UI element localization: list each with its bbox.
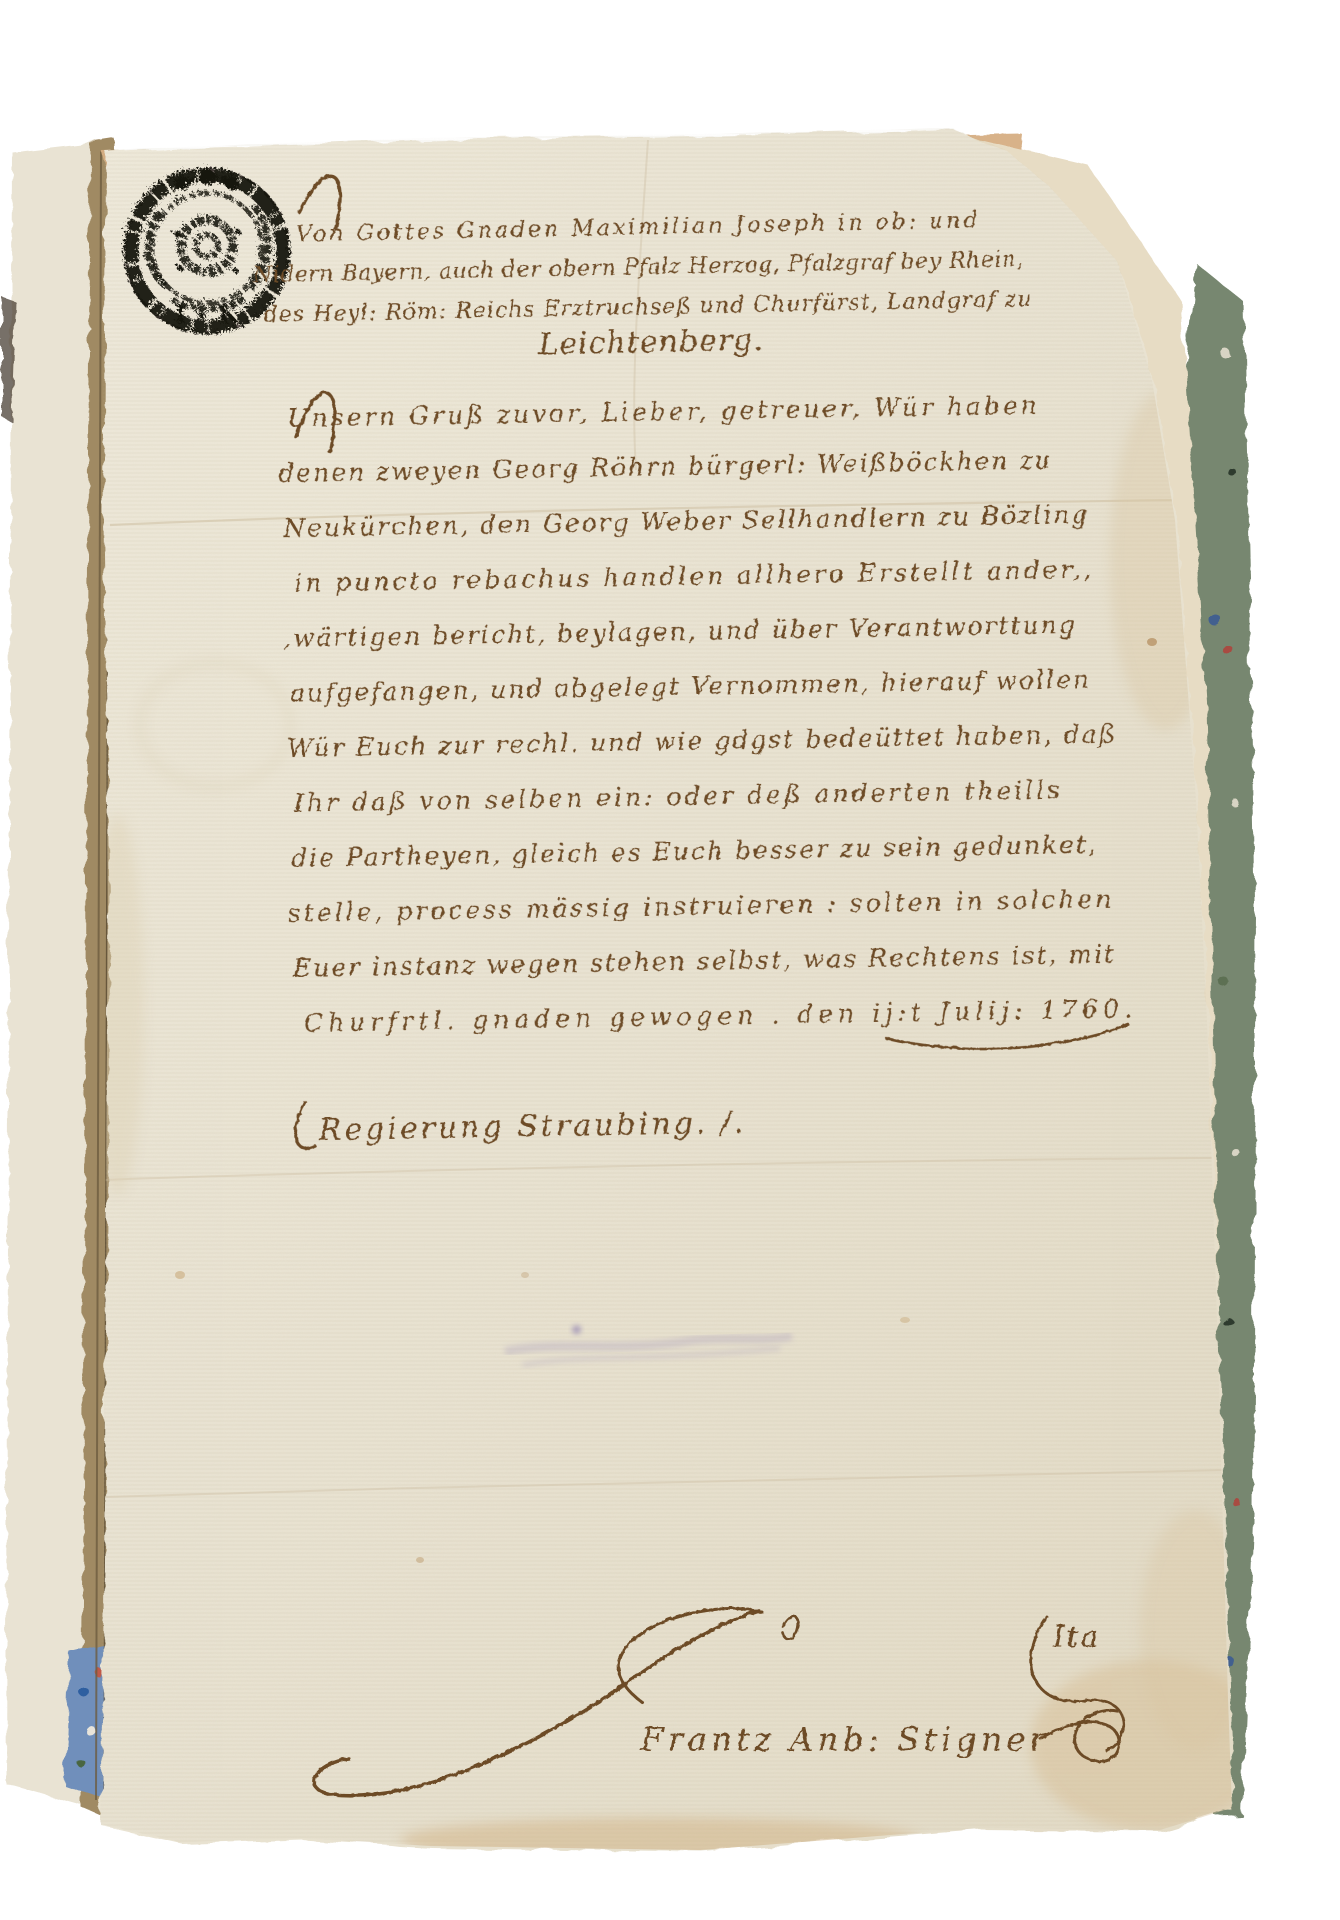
marble-speck — [1209, 614, 1221, 626]
seal-dot — [172, 229, 178, 235]
marble-speck — [1217, 345, 1227, 355]
marble-speck — [1217, 975, 1227, 985]
fox-spot — [1147, 638, 1157, 646]
seal-crown-dot — [223, 174, 237, 188]
marble-speck — [1221, 1315, 1231, 1325]
signature-name: Frantz Anb: Stigner — [639, 1719, 1049, 1758]
subscription-line: Regierung Straubing. /. — [317, 1105, 746, 1147]
fox-spot — [521, 1272, 529, 1278]
paper-grain — [90, 120, 1240, 1860]
fox-spot — [900, 1317, 910, 1323]
seal-dot — [175, 263, 181, 269]
seal-dot — [233, 227, 239, 233]
seal-letters: I ⋆ K — [173, 298, 238, 327]
marble-speck — [1230, 1496, 1238, 1504]
marble-speck — [76, 1758, 84, 1766]
seal-dot — [230, 265, 236, 271]
manuscript-canvas: I ⋆ K Von Gottes Gnaden Maximilian Josep… — [0, 0, 1340, 1920]
marble-speck — [1228, 796, 1236, 804]
marble-speck — [1221, 643, 1231, 653]
marble-speck — [85, 1725, 95, 1735]
manuscript-photo: I ⋆ K Von Gottes Gnaden Maximilian Josep… — [0, 0, 1340, 1920]
marble-speck — [1229, 1146, 1237, 1154]
header-line-place: Leichtenberg. — [536, 322, 763, 362]
fox-spot — [175, 1271, 185, 1279]
marble-speck — [77, 1685, 87, 1695]
marble-speck — [1226, 466, 1234, 474]
fox-spot — [416, 1557, 424, 1563]
marble-speck — [94, 1668, 102, 1676]
paper-texture-layer — [90, 120, 1270, 1862]
seal-crown-dot — [173, 174, 187, 188]
seal-crown-dot — [197, 167, 213, 183]
marginal-note: Ita — [1051, 1619, 1100, 1654]
